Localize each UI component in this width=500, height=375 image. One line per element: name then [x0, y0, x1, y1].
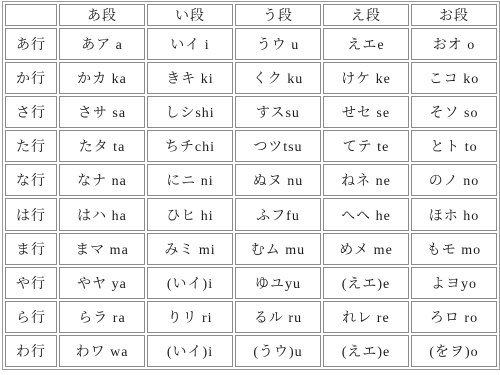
- row-label: ら行: [5, 301, 57, 333]
- kana-cell: かカ ka: [59, 62, 145, 94]
- column-header-a-dan: あ段: [59, 4, 145, 26]
- table-row: ま行まマ maみミ miむム muめメ meもモ mo: [5, 233, 497, 265]
- row-label: わ行: [5, 335, 57, 367]
- column-header-u-dan: う段: [235, 4, 321, 26]
- row-label: ま行: [5, 233, 57, 265]
- row-label: か行: [5, 62, 57, 94]
- kana-cell: らラ ra: [59, 301, 145, 333]
- kana-cell: (いイ)i: [147, 267, 233, 299]
- kana-cell: くク ku: [235, 62, 321, 94]
- kana-cell: よヨyo: [411, 267, 497, 299]
- kana-cell: ふフfu: [235, 198, 321, 230]
- kana-cell: のノ no: [411, 164, 497, 196]
- column-header-e-dan: え段: [323, 4, 409, 26]
- kana-cell: そソ so: [411, 96, 497, 128]
- kana-cell: れレ re: [323, 301, 409, 333]
- kana-cell: おオ o: [411, 28, 497, 60]
- row-label: さ行: [5, 96, 57, 128]
- kana-cell: なナ na: [59, 164, 145, 196]
- table-row: ら行らラ raりリ riるル ruれレ reろロ ro: [5, 301, 497, 333]
- kana-cell: ぬヌ nu: [235, 164, 321, 196]
- kana-cell: やヤ ya: [59, 267, 145, 299]
- row-label: あ行: [5, 28, 57, 60]
- table-row: わ行わワ wa(いイ)i(うウ)u(えエ)e(をヲ)o: [5, 335, 497, 367]
- kana-cell: ろロ ro: [411, 301, 497, 333]
- table-row: た行たタ taちチchiつツtsuてテ teとト to: [5, 130, 497, 162]
- row-label: は行: [5, 198, 57, 230]
- row-label: た行: [5, 130, 57, 162]
- table-row: か行かカ kaきキ kiくク kuけケ keこコ ko: [5, 62, 497, 94]
- kana-cell: ひヒ hi: [147, 198, 233, 230]
- column-header-o-dan: お段: [411, 4, 497, 26]
- kana-cell: (うウ)u: [235, 335, 321, 367]
- kana-cell: ゆユyu: [235, 267, 321, 299]
- kana-cell: まマ ma: [59, 233, 145, 265]
- kana-cell: へヘ he: [323, 198, 409, 230]
- kana-cell: むム mu: [235, 233, 321, 265]
- kana-cell: えエe: [323, 28, 409, 60]
- column-header-i-dan: い段: [147, 4, 233, 26]
- kana-cell: いイ i: [147, 28, 233, 60]
- kana-table: あ段 い段 う段 え段 お段 あ行あア aいイ iうウ uえエeおオ oか行かカ…: [2, 1, 500, 370]
- kana-cell: (えエ)e: [323, 335, 409, 367]
- kana-cell: ちチchi: [147, 130, 233, 162]
- kana-cell: たタ ta: [59, 130, 145, 162]
- kana-cell: (いイ)i: [147, 335, 233, 367]
- kana-cell: とト to: [411, 130, 497, 162]
- kana-cell: けケ ke: [323, 62, 409, 94]
- kana-cell: もモ mo: [411, 233, 497, 265]
- kana-cell: あア a: [59, 28, 145, 60]
- kana-cell: (をヲ)o: [411, 335, 497, 367]
- row-label: や行: [5, 267, 57, 299]
- kana-cell: るル ru: [235, 301, 321, 333]
- kana-cell: つツtsu: [235, 130, 321, 162]
- kana-cell: めメ me: [323, 233, 409, 265]
- kana-cell: ほホ ho: [411, 198, 497, 230]
- kana-cell: にニ ni: [147, 164, 233, 196]
- kana-cell: (えエ)e: [323, 267, 409, 299]
- kana-cell: すスsu: [235, 96, 321, 128]
- kana-cell: うウ u: [235, 28, 321, 60]
- kana-cell: ねネ ne: [323, 164, 409, 196]
- kana-cell: こコ ko: [411, 62, 497, 94]
- table-row: は行はハ haひヒ hiふフfuへヘ heほホ ho: [5, 198, 497, 230]
- header-row: あ段 い段 う段 え段 お段: [5, 4, 497, 26]
- kana-cell: きキ ki: [147, 62, 233, 94]
- kana-cell: みミ mi: [147, 233, 233, 265]
- table-row: な行なナ naにニ niぬヌ nuねネ neのノ no: [5, 164, 497, 196]
- table-row: あ行あア aいイ iうウ uえエeおオ o: [5, 28, 497, 60]
- kana-cell: せセ se: [323, 96, 409, 128]
- table-row: さ行さサ saしシshiすスsuせセ seそソ so: [5, 96, 497, 128]
- kana-cell: さサ sa: [59, 96, 145, 128]
- row-label: な行: [5, 164, 57, 196]
- kana-cell: はハ ha: [59, 198, 145, 230]
- kana-cell: わワ wa: [59, 335, 145, 367]
- kana-cell: てテ te: [323, 130, 409, 162]
- kana-table-body: あ行あア aいイ iうウ uえエeおオ oか行かカ kaきキ kiくク kuけケ…: [5, 28, 497, 367]
- kana-cell: しシshi: [147, 96, 233, 128]
- table-row: や行やヤ ya(いイ)iゆユyu(えエ)eよヨyo: [5, 267, 497, 299]
- kana-cell: りリ ri: [147, 301, 233, 333]
- corner-cell: [5, 4, 57, 26]
